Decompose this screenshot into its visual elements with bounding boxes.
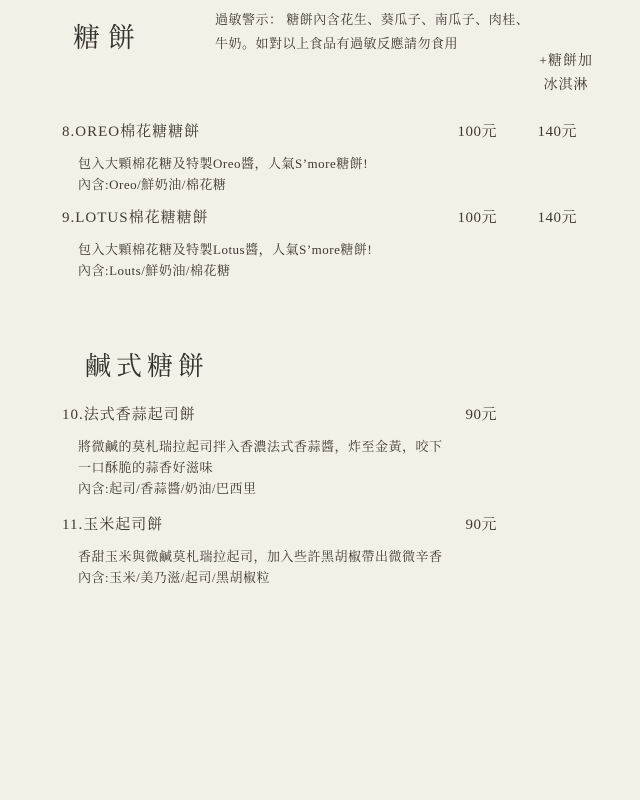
item-ingredients: 內含:Louts/鮮奶油/棉花糖 — [78, 260, 640, 281]
item-ingredients: 內含:起司/香蒜醬/奶油/巴西里 — [78, 478, 640, 499]
menu-item-title-row: 11.玉米起司餅 90元 — [0, 515, 640, 535]
item-description: 香甜玉米與微鹹莫札瑞拉起司，加入些許黑胡椒帶出微微辛香 內含:玉米/美乃滋/起司… — [0, 546, 640, 588]
item-name: 11.玉米起司餅 — [62, 515, 417, 535]
menu-item-garlic-cheese: 10.法式香蒜起司餅 90元 將微鹹的莫札瑞拉起司拌入香濃法式香蒜醬，炸至金黃，… — [0, 405, 640, 499]
menu-item-title-row: 8.OREO棉花糖糖餅 100元 140元 — [0, 122, 640, 142]
menu-item-oreo: 8.OREO棉花糖糖餅 100元 140元 包入大顆棉花糖及特製Oreo醬，人氣… — [0, 122, 640, 195]
addon-header-line2: 冰淇淋 — [539, 74, 593, 98]
menu-item-title-row: 10.法式香蒜起司餅 90元 — [0, 405, 640, 425]
menu-item-corn-cheese: 11.玉米起司餅 90元 香甜玉米與微鹹莫札瑞拉起司，加入些許黑胡椒帶出微微辛香… — [0, 515, 640, 588]
page-title: 糖餅 — [73, 16, 143, 55]
allergy-warning-line1: 過敏警示： 糖餅內含花生、葵瓜子、南瓜子、肉桂、 — [215, 8, 560, 32]
item-price: 90元 — [417, 515, 497, 535]
item-ingredients: 內含:玉米/美乃滋/起司/黑胡椒粒 — [78, 567, 640, 588]
item-description: 包入大顆棉花糖及特製Oreo醬，人氣S’more糖餅! 內含:Oreo/鮮奶油/… — [0, 153, 640, 195]
item-name: 9.LOTUS棉花糖糖餅 — [62, 208, 417, 228]
item-price: 100元 — [417, 208, 497, 228]
item-description-line: 一口酥脆的蒜香好滋味 — [78, 457, 640, 478]
menu-item-title-row: 9.LOTUS棉花糖糖餅 100元 140元 — [0, 208, 640, 228]
item-name: 10.法式香蒜起司餅 — [62, 405, 417, 425]
item-description-line: 包入大顆棉花糖及特製Oreo醬，人氣S’more糖餅! — [78, 153, 640, 174]
item-description: 包入大顆棉花糖及特製Lotus醬，人氣S’more糖餅! 內含:Louts/鮮奶… — [0, 239, 640, 281]
item-description-line: 將微鹹的莫札瑞拉起司拌入香濃法式香蒜醬，炸至金黃，咬下 — [78, 436, 640, 457]
allergy-warning: 過敏警示： 糖餅內含花生、葵瓜子、南瓜子、肉桂、 牛奶。如對以上食品有過敏反應請… — [215, 8, 560, 56]
item-description-line: 包入大顆棉花糖及特製Lotus醬，人氣S’more糖餅! — [78, 239, 640, 260]
item-price-with-icecream: 140元 — [497, 122, 577, 142]
item-ingredients: 內含:Oreo/鮮奶油/棉花糖 — [78, 174, 640, 195]
section-title-savory: 鹹式糖餅 — [85, 346, 209, 383]
menu-page: 糖餅 過敏警示： 糖餅內含花生、葵瓜子、南瓜子、肉桂、 牛奶。如對以上食品有過敏… — [0, 0, 640, 800]
item-description-line: 香甜玉米與微鹹莫札瑞拉起司，加入些許黑胡椒帶出微微辛香 — [78, 546, 640, 567]
addon-header-line1: +糖餅加 — [539, 50, 593, 74]
icecream-addon-column-header: +糖餅加 冰淇淋 — [539, 50, 593, 98]
item-price: 90元 — [417, 405, 497, 425]
allergy-warning-line2: 牛奶。如對以上食品有過敏反應請勿食用 — [215, 32, 560, 56]
item-name: 8.OREO棉花糖糖餅 — [62, 122, 417, 142]
item-price: 100元 — [417, 122, 497, 142]
menu-item-lotus: 9.LOTUS棉花糖糖餅 100元 140元 包入大顆棉花糖及特製Lotus醬，… — [0, 208, 640, 281]
item-description: 將微鹹的莫札瑞拉起司拌入香濃法式香蒜醬，炸至金黃，咬下 一口酥脆的蒜香好滋味 內… — [0, 436, 640, 499]
item-price-with-icecream: 140元 — [497, 208, 577, 228]
